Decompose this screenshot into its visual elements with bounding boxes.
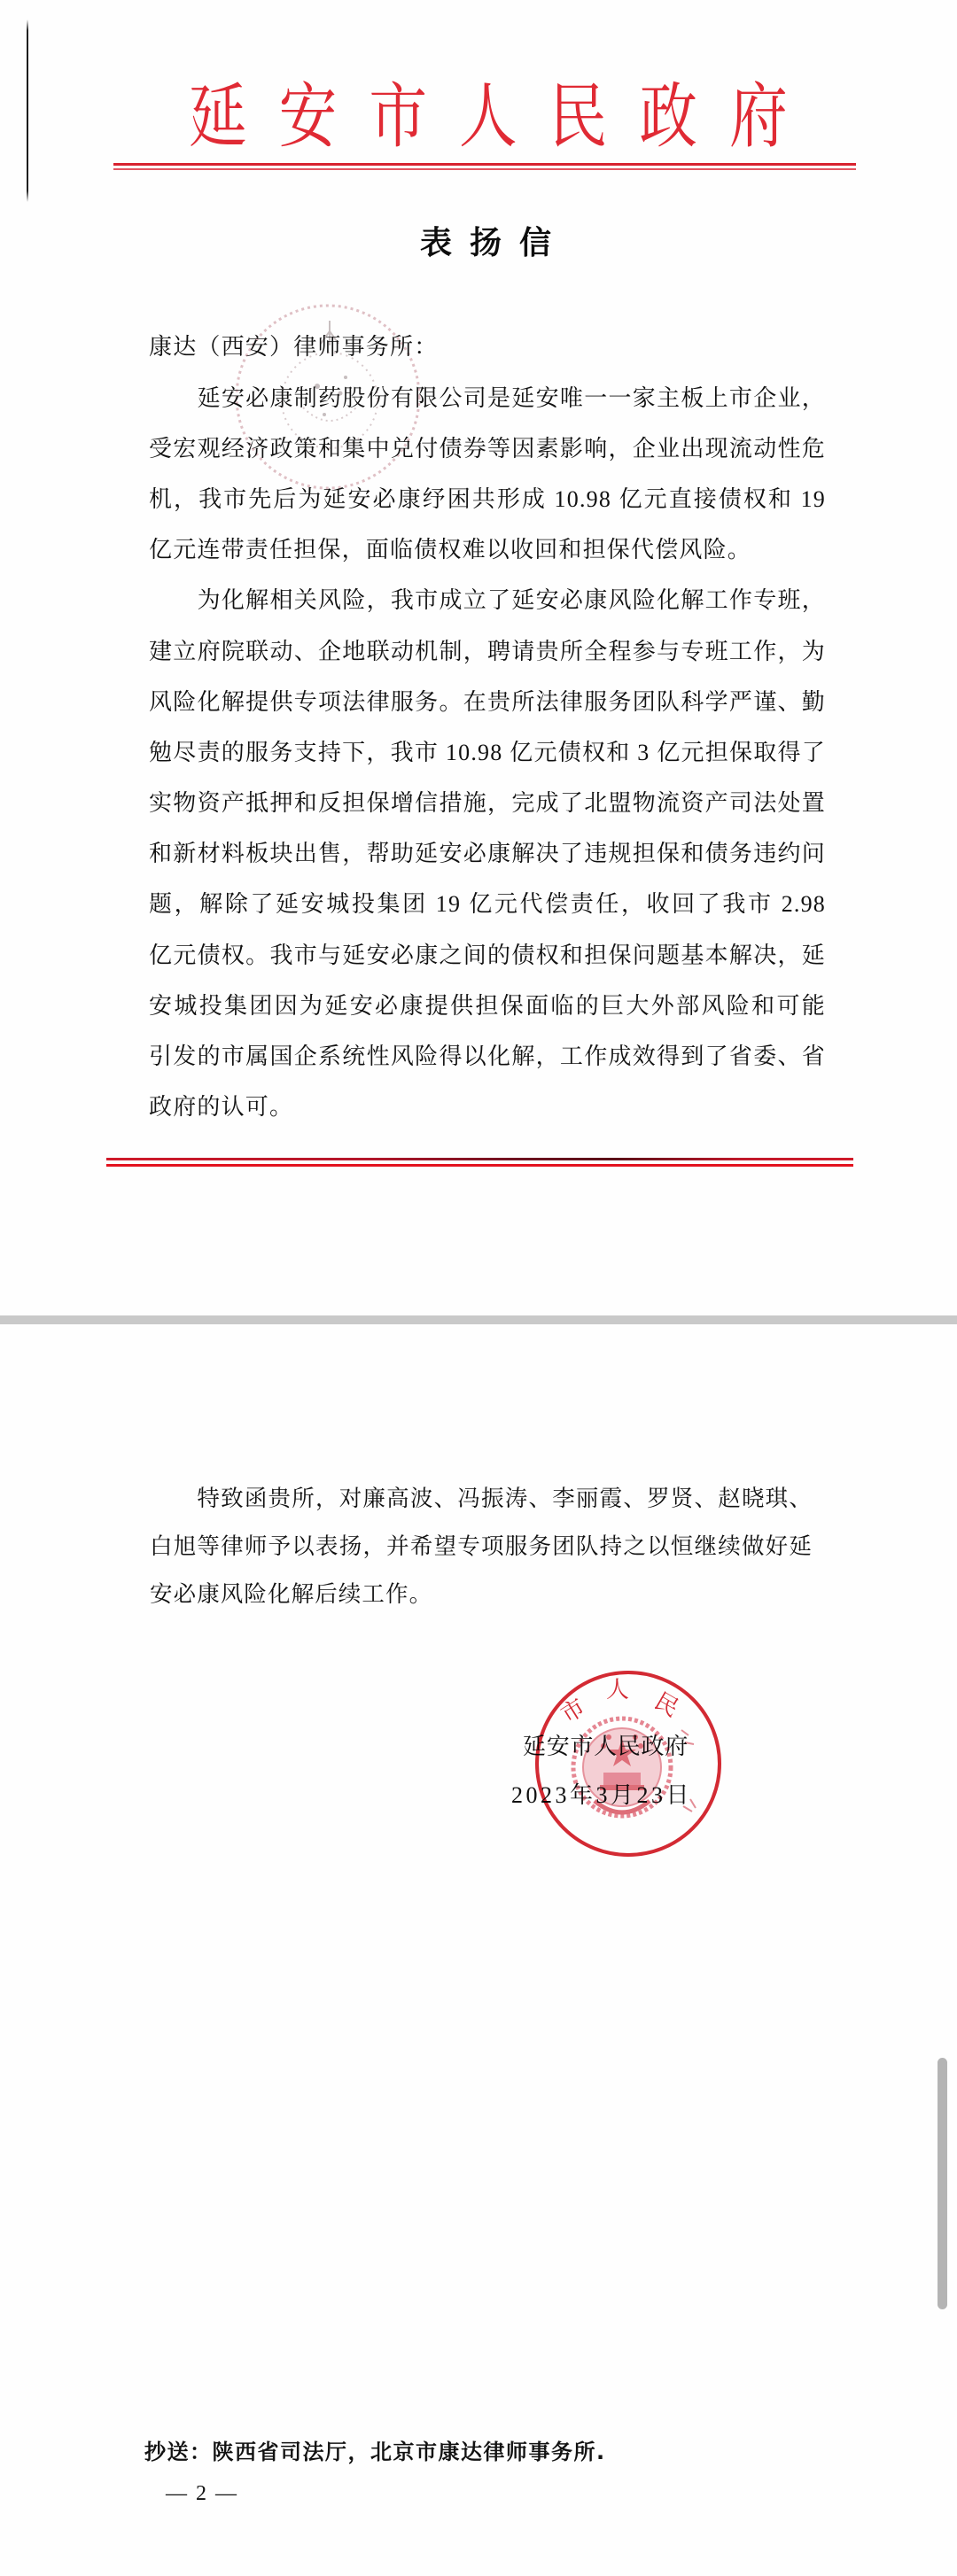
seal-char: 人 (606, 1677, 629, 1703)
body-line: 受宏观经济政策和集中兑付债券等因素影响，企业出现流动性危 (149, 423, 826, 474)
body-line: 机，我市先后为延安必康纾困共形成 10.98 亿元直接债权和 19 (149, 474, 826, 524)
letterhead-rule-thick (113, 163, 856, 166)
body-line: 亿元债权。我市与延安必康之间的债权和担保问题基本解决，延 (149, 930, 826, 981)
body-line: 风险化解提供专项法律服务。在贵所法律服务团队科学严谨、勤 (149, 677, 826, 727)
page-number: — 2 — (166, 2482, 238, 2505)
body-line: 白旭等律师予以表扬，并希望专项服务团队持之以恒继续做好延 (150, 1523, 813, 1571)
body-line: 亿元连带责任担保，面临债权难以收回和担保代偿风险。 (149, 524, 826, 575)
letterhead-rule-thin (113, 168, 856, 170)
paragraph-1: 延安必康制药股份有限公司是延安唯一一家主板上市企业， 受宏观经济政策和集中兑付债… (149, 373, 826, 576)
document-title: 表扬信 (420, 227, 569, 260)
cc-recipients: 抄送：陕西省司法厅，北京市康达律师事务所. (144, 2440, 606, 2463)
body-line: 实物资产抵押和反担保增信措施，完成了北盟物流资产司法处置 (149, 778, 826, 828)
vertical-scrollbar-thumb[interactable] (938, 2058, 947, 2309)
body-line: 安城投集团因为延安必康提供担保面临的巨大外部风险和可能 (149, 981, 826, 1031)
salutation: 康达（西安）律师事务所： (149, 322, 826, 372)
page-separator (0, 1315, 957, 1324)
document-viewer: 延安市人民政府 表扬信 康达（西安）律师事务所： 延安必康制药股份有限公司是延安… (0, 0, 957, 2576)
body-line: 为化解相关风险，我市成立了延安必康风险化解工作专班， (149, 575, 826, 625)
seal-char: 民 (650, 1688, 683, 1723)
body-line: 题，解除了延安城投集团 19 亿元代偿责任，收回了我市 2.98 (149, 879, 826, 929)
scan-edge-line (27, 19, 28, 202)
letter-body-continued: 特致函贵所，对廉高波、冯振涛、李丽霞、罗贤、赵晓琪、 白旭等律师予以表扬，并希望… (150, 1475, 813, 1618)
official-seal-icon: 市 人 民 (533, 1668, 724, 1859)
paragraph-3: 特致函贵所，对廉高波、冯振涛、李丽霞、罗贤、赵晓琪、 白旭等律师予以表扬，并希望… (150, 1475, 813, 1618)
paragraph-2: 为化解相关风险，我市成立了延安必康风险化解工作专班， 建立府院联动、企地联动机制… (149, 575, 826, 1132)
national-emblem-icon (573, 1719, 671, 1816)
body-line: 延安必康制药股份有限公司是延安唯一一家主板上市企业， (149, 373, 826, 423)
body-line: 引发的市属国企系统性风险得以化解，工作成效得到了省委、省 (149, 1031, 826, 1082)
body-line: 勉尽责的服务支持下，我市 10.98 亿元债权和 3 亿元担保取得了 (149, 727, 826, 778)
footer-rule-top (106, 1158, 853, 1160)
page-1: 延安市人民政府 表扬信 康达（西安）律师事务所： 延安必康制药股份有限公司是延安… (0, 0, 957, 1315)
page-2: 特致函贵所，对廉高波、冯振涛、李丽霞、罗贤、赵晓琪、 白旭等律师予以表扬，并希望… (0, 1324, 957, 2576)
body-line: 建立府院联动、企地联动机制，聘请贵所全程参与专班工作，为 (149, 626, 826, 677)
body-line: 特致函贵所，对廉高波、冯振涛、李丽霞、罗贤、赵晓琪、 (150, 1475, 813, 1523)
letterhead-title: 延安市人民政府 (189, 81, 820, 152)
letter-body: 康达（西安）律师事务所： 延安必康制药股份有限公司是延安唯一一家主板上市企业， … (149, 322, 826, 1132)
footer-rule-bottom (106, 1164, 853, 1167)
body-line: 政府的认可。 (149, 1082, 826, 1132)
body-line: 和新材料板块出售，帮助延安必康解决了违规担保和债务违约问 (149, 828, 826, 879)
body-line: 安必康风险化解后续工作。 (150, 1571, 813, 1618)
